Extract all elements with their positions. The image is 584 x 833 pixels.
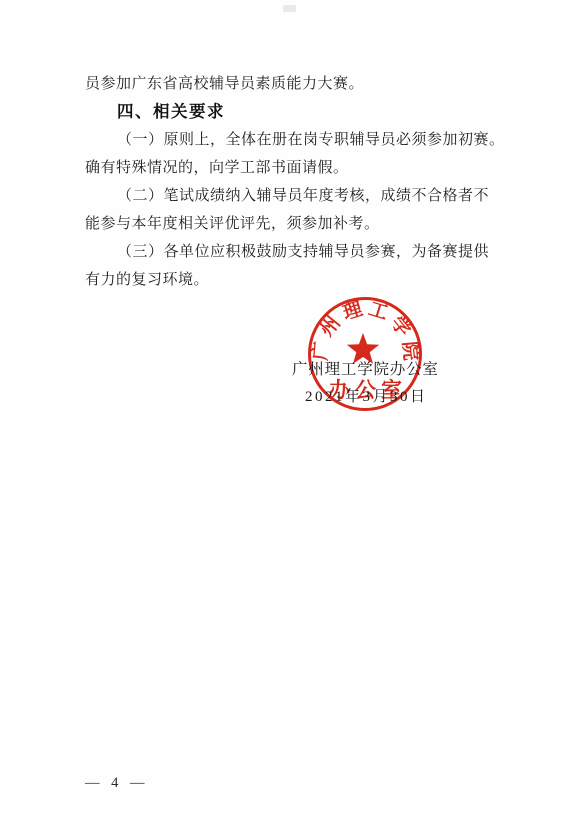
- body-line: （二）笔试成绩纳入辅导员年度考核，成绩不合格者不: [85, 182, 515, 210]
- section-heading: 四、相关要求: [85, 98, 515, 126]
- body-line: 能参与本年度相关评优评先，须参加补考。: [85, 210, 515, 238]
- body-line: 有力的复习环境。: [85, 266, 515, 294]
- signature-org: 广州理工学院办公室: [292, 357, 439, 379]
- scan-artifact: [283, 5, 296, 12]
- body-line: 员参加广东省高校辅导员素质能力大赛。: [85, 70, 515, 98]
- signature-date: 2021年3月30日: [305, 385, 428, 406]
- body-line: 确有特殊情况的，向学工部书面请假。: [85, 154, 515, 182]
- document-body: 员参加广东省高校辅导员素质能力大赛。 四、相关要求 （一）原则上，全体在册在岗专…: [85, 70, 515, 294]
- body-line: （三）各单位应积极鼓励支持辅导员参赛，为备赛提供: [85, 238, 515, 266]
- page-number: — 4 —: [85, 775, 146, 792]
- body-line: （一）原则上，全体在册在岗专职辅导员必须参加初赛。: [85, 126, 515, 154]
- document-page: 员参加广东省高校辅导员素质能力大赛。 四、相关要求 （一）原则上，全体在册在岗专…: [0, 0, 584, 833]
